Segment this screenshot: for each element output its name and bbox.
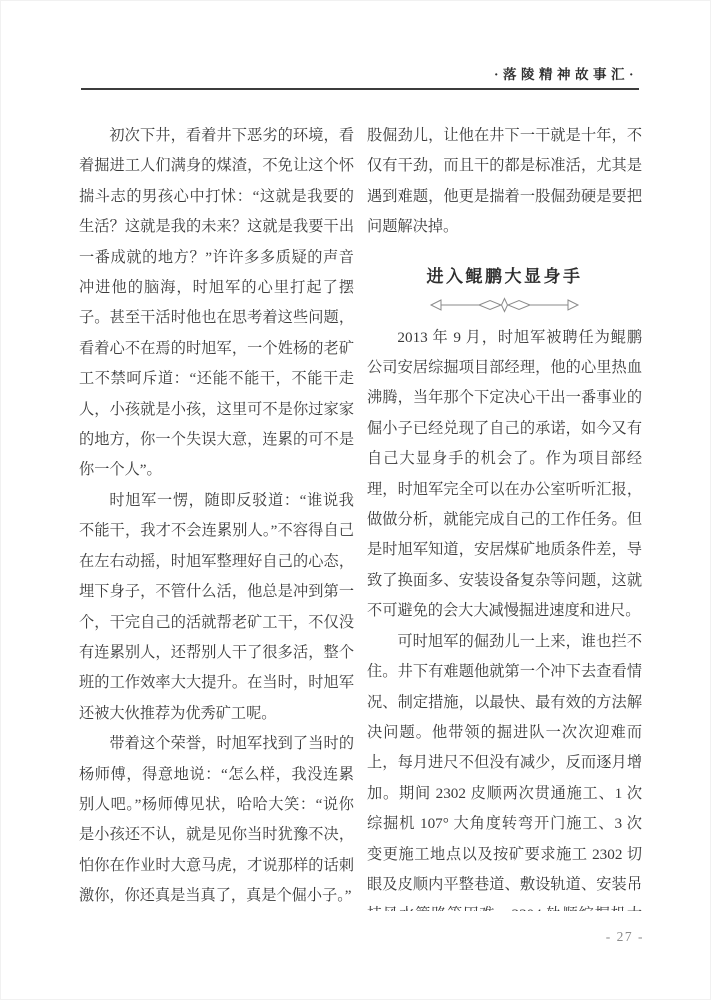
paragraph: 2013 年 9 月，时旭军被聘任为鲲鹏公司安居综掘项目部经理，他的心里热血沸腾… (367, 323, 642, 627)
right-column: 股倔劲儿，让他在井下一干就是十年，不仅有干劲，而且干的都是标准活，尤其是遇到难题… (367, 121, 642, 911)
page-number: - 27 - (606, 929, 644, 945)
paragraph: 可时旭军的倔劲儿一上来，谁也拦不住。井下有难题他就第一个冲下去查看情况、制定措施… (367, 627, 642, 911)
arrow-diamond-divider-icon (427, 297, 582, 313)
header-rule (81, 88, 639, 90)
paragraph: 时旭军一愣，随即反驳道：“谁说我不能干，我才不会连累别人。”不容得自己在左右动摇… (79, 486, 354, 729)
paragraph: 初次下井，看着井下恶劣的环境，看着掘进工人们满身的煤渣，不免让这个怀揣斗志的男孩… (79, 121, 354, 486)
document-page: ·落陵精神故事汇· 初次下井，看着井下恶劣的环境，看着掘进工人们满身的煤渣，不免… (0, 0, 711, 1000)
paragraph: 带着这个荣誉，时旭军找到了当时的杨师傅，得意地说：“怎么样，我没连累别人吧。”杨… (79, 729, 354, 911)
section-heading: 进入鲲鹏大显身手 (367, 263, 642, 291)
section-divider-ornament (367, 297, 642, 313)
paragraph-continuation: 股倔劲儿，让他在井下一干就是十年，不仅有干劲，而且干的都是标准活，尤其是遇到难题… (367, 121, 642, 243)
left-column: 初次下井，看着井下恶劣的环境，看着掘进工人们满身的煤渣，不免让这个怀揣斗志的男孩… (79, 121, 354, 911)
page-header-title: ·落陵精神故事汇· (494, 63, 638, 83)
article-columns: 初次下井，看着井下恶劣的环境，看着掘进工人们满身的煤渣，不免让这个怀揣斗志的男孩… (79, 121, 643, 921)
